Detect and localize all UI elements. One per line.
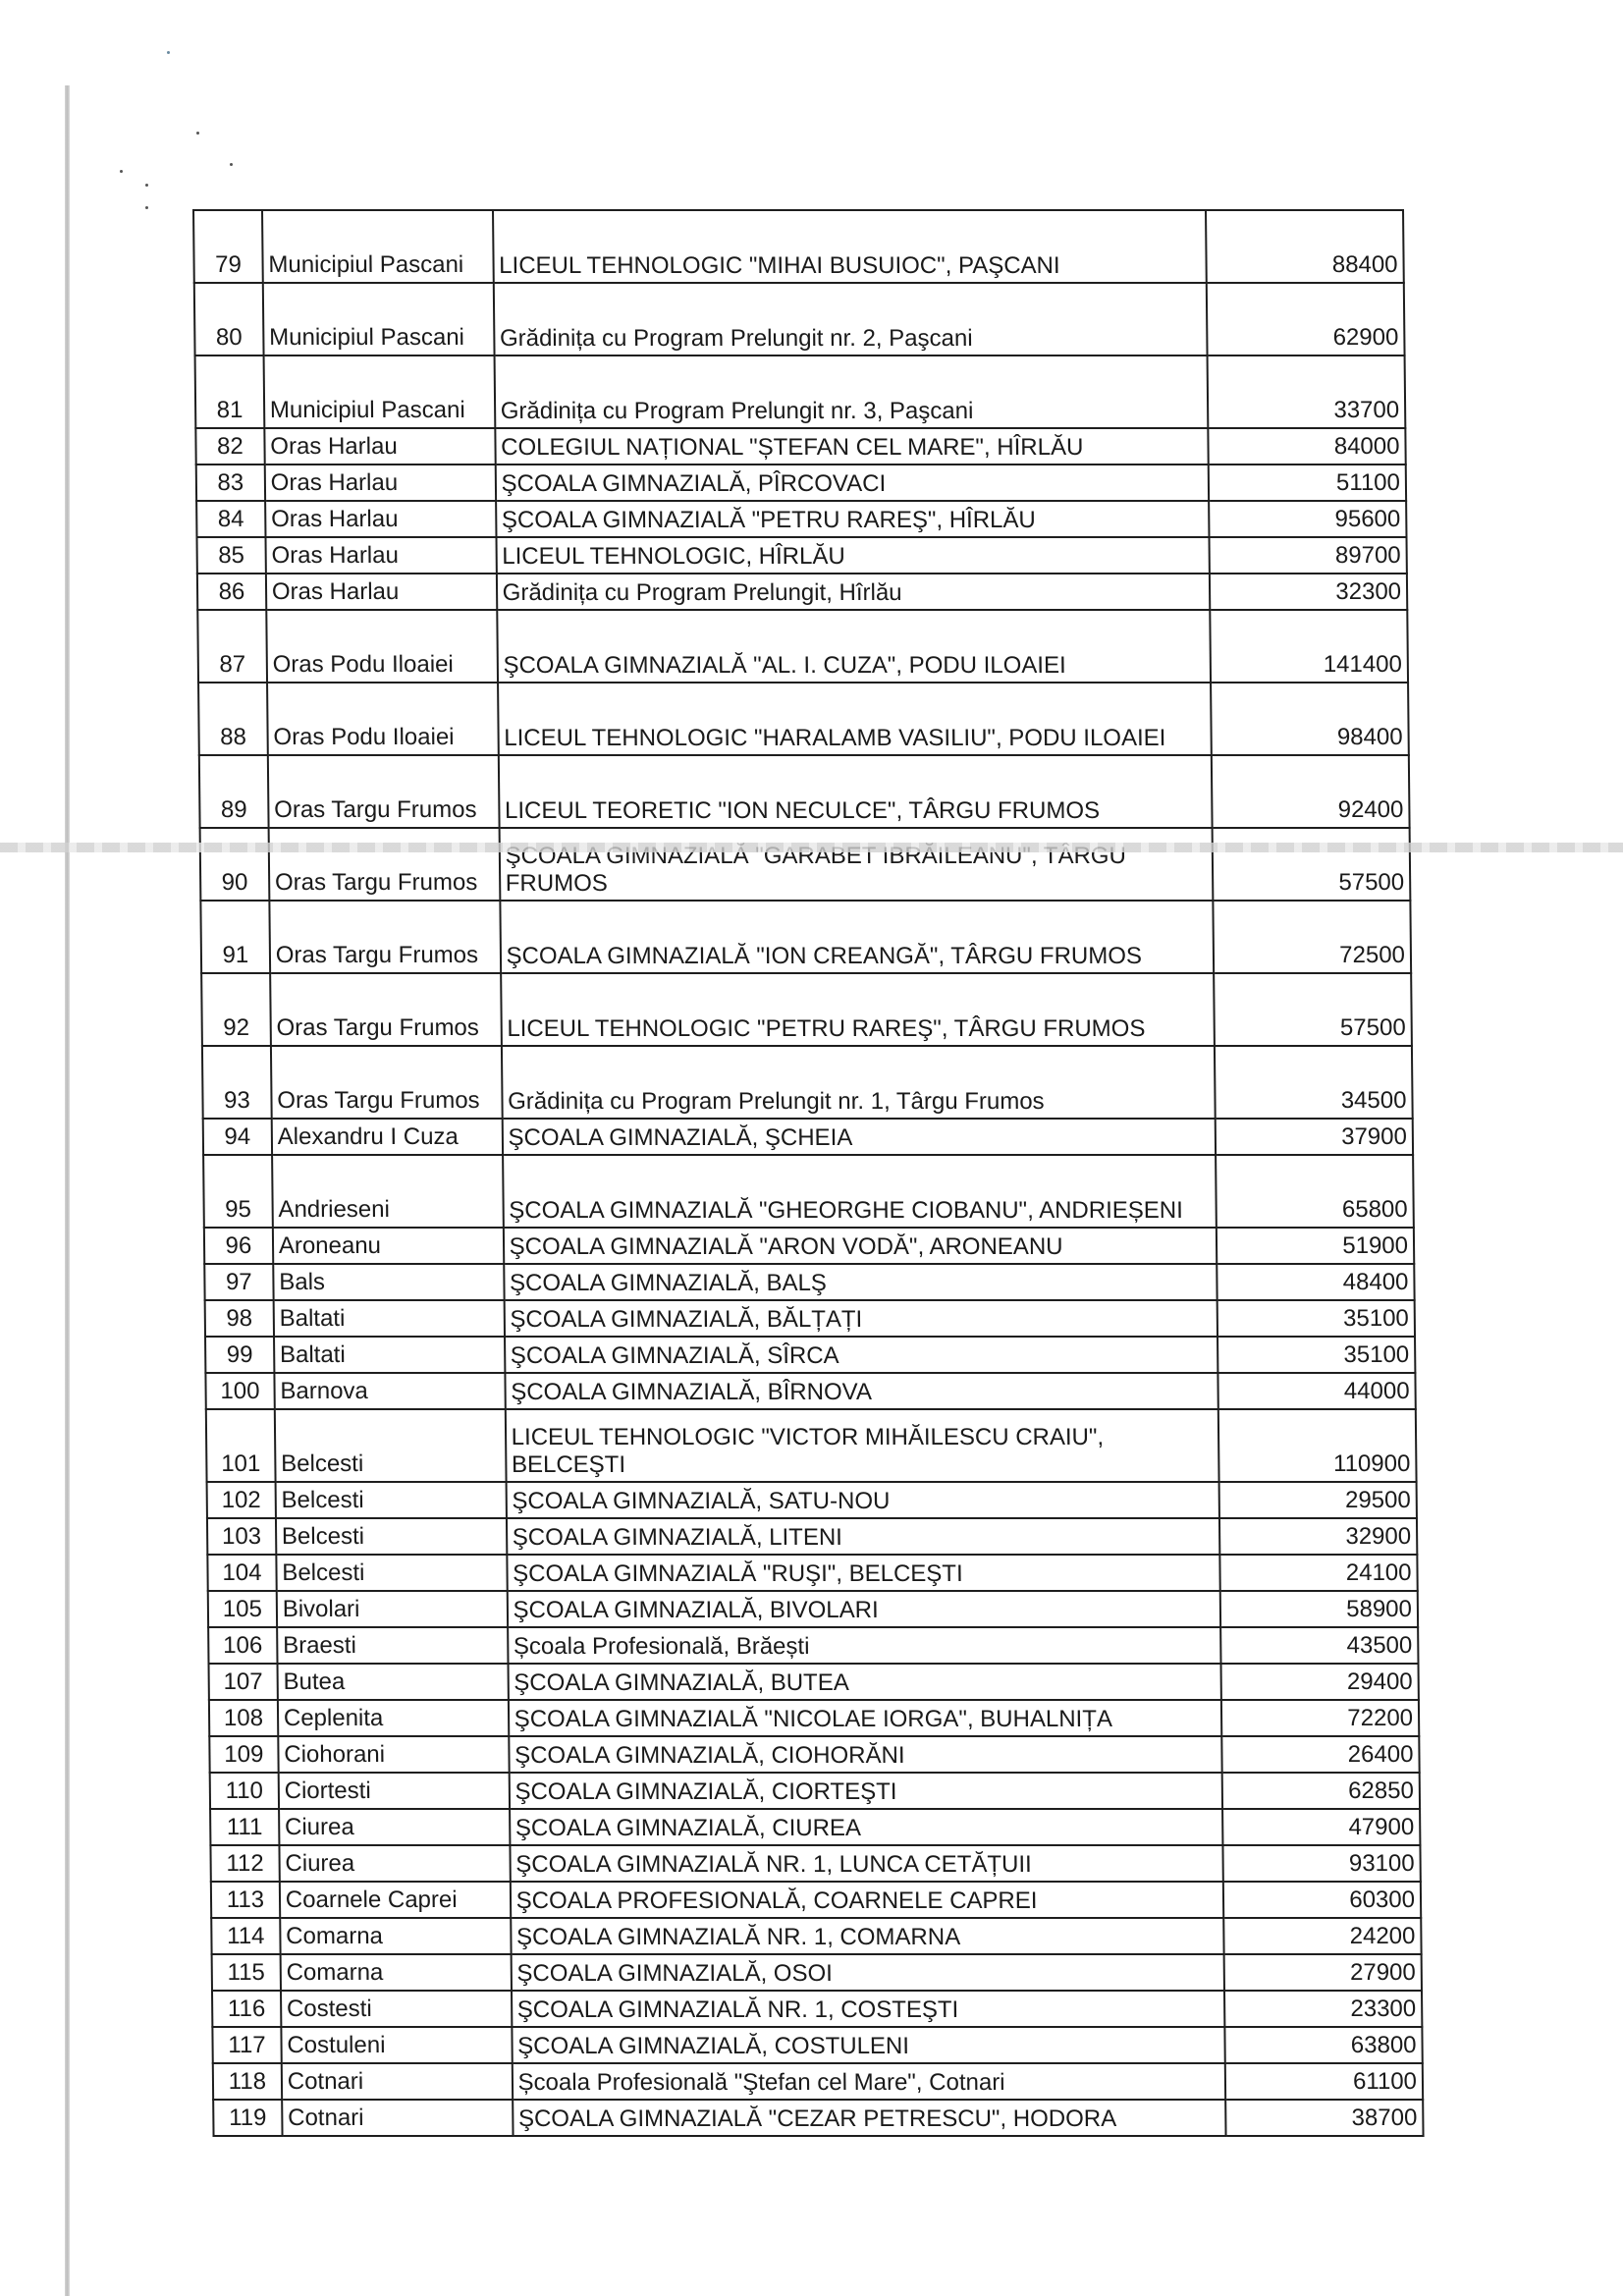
locality-name: Comarna	[286, 1923, 383, 1953]
row-number-cell: 112	[210, 1845, 279, 1882]
table-row: 108 Ceplenita ŞCOALA GIMNAZIALĂ "NICOLAE…	[209, 1700, 1419, 1736]
amount-cell: 32300	[1210, 574, 1407, 610]
locality-cell: Aroneanu	[273, 1228, 504, 1264]
amount-cell: 89700	[1210, 537, 1407, 574]
amount-value: 29400	[1347, 1668, 1413, 1699]
row-number: 81	[217, 397, 243, 427]
row-number: 111	[227, 1814, 263, 1844]
school-unit-cell: ŞCOALA GIMNAZIALĂ, PÎRCOVACI	[495, 465, 1209, 501]
amount-value: 62900	[1332, 324, 1398, 355]
row-number-cell: 87	[197, 610, 267, 683]
locality-name: Cotnari	[288, 2068, 364, 2099]
table-row: 110 Ciortesti ŞCOALA GIMNAZIALĂ, CIORTEŞ…	[210, 1773, 1420, 1809]
amount-cell: 35100	[1217, 1300, 1415, 1337]
row-number-cell: 93	[202, 1046, 272, 1119]
row-number: 102	[221, 1487, 260, 1517]
school-unit-name: Școala Profesională, Brăești	[514, 1633, 1216, 1663]
locality-name: Comarna	[286, 1959, 383, 1990]
school-unit-cell: LICEUL TEHNOLOGIC "VICTOR MIHĂILESCU CRA…	[505, 1409, 1218, 1482]
table-row: 105 Bivolari ŞCOALA GIMNAZIALĂ, BIVOLARI…	[208, 1591, 1418, 1627]
table-row: 115 Comarna ŞCOALA GIMNAZIALĂ, OSOI 2790…	[212, 1954, 1422, 1991]
locality-name: Belcesti	[281, 1450, 363, 1481]
locality-name: Oras Targu Frumos	[276, 942, 479, 972]
school-unit-cell: ŞCOALA GIMNAZIALĂ "AL. I. CUZA", PODU IL…	[497, 610, 1211, 683]
locality-name: Ciurea	[285, 1850, 354, 1881]
school-unit-cell: ŞCOALA GIMNAZIALĂ, CIOHORĂNI	[509, 1736, 1222, 1773]
scan-speck	[145, 184, 148, 187]
row-number-cell: 111	[210, 1809, 279, 1845]
locality-cell: Ceplenita	[278, 1700, 509, 1736]
table-row: 104 Belcesti ŞCOALA GIMNAZIALĂ "RUŞI", B…	[207, 1555, 1417, 1591]
row-number: 84	[218, 506, 244, 536]
school-unit-cell: Grădinița cu Program Prelungit nr. 3, Pa…	[494, 355, 1208, 428]
amount-value: 141400	[1324, 651, 1402, 682]
locality-cell: Oras Harlau	[264, 428, 495, 465]
table-row: 91 Oras Targu Frumos ŞCOALA GIMNAZIALĂ "…	[200, 901, 1411, 973]
amount-value: 29500	[1345, 1487, 1411, 1517]
amount-cell: 29500	[1219, 1482, 1417, 1518]
school-unit-name: ŞCOALA GIMNAZIALĂ "ION CREANGĂ", TÂRGU F…	[506, 943, 1208, 972]
school-unit-name: Grădinița cu Program Prelungit, Hîrlău	[503, 579, 1205, 609]
row-number-cell: 114	[211, 1918, 280, 1954]
locality-cell: Braesti	[277, 1627, 508, 1664]
row-number: 115	[227, 1959, 265, 1990]
table-row: 81 Municipiul Pascani Grădinița cu Progr…	[195, 355, 1406, 428]
row-number-cell: 116	[212, 1991, 281, 2027]
locality-cell: Belcesti	[276, 1518, 507, 1555]
locality-cell: Oras Targu Frumos	[268, 828, 500, 901]
locality-name: Ciortesti	[285, 1777, 371, 1808]
table-row: 96 Aroneanu ŞCOALA GIMNAZIALĂ "ARON VODĂ…	[204, 1228, 1414, 1264]
row-number: 107	[223, 1668, 262, 1699]
amount-value: 58900	[1346, 1596, 1412, 1626]
scan-speck	[196, 132, 199, 135]
locality-cell: Ciurea	[279, 1809, 510, 1845]
table-row: 93 Oras Targu Frumos Grădinița cu Progra…	[202, 1046, 1413, 1119]
amount-cell: 61100	[1225, 2063, 1423, 2100]
school-unit-cell: Grădinița cu Program Prelungit nr. 1, Tâ…	[502, 1046, 1216, 1119]
row-number: 96	[225, 1232, 251, 1263]
row-number: 80	[216, 324, 243, 355]
locality-name: Oras Targu Frumos	[276, 1014, 479, 1045]
school-unit-cell: ŞCOALA GIMNAZIALĂ, BĂLȚAȚI	[504, 1300, 1217, 1337]
table-row: 103 Belcesti ŞCOALA GIMNAZIALĂ, LITENI 3…	[207, 1518, 1417, 1555]
locality-name: Coarnele Caprei	[286, 1886, 458, 1917]
locality-name: Ciohorani	[284, 1741, 385, 1772]
row-number: 118	[229, 2068, 267, 2099]
school-unit-name: ŞCOALA GIMNAZIALĂ, BÎRNOVA	[511, 1379, 1213, 1408]
amount-value: 95600	[1334, 506, 1400, 536]
locality-name: Oras Podu Iloaiei	[273, 651, 454, 682]
row-number-cell: 97	[204, 1264, 273, 1300]
school-unit-name: ŞCOALA GIMNAZIALĂ, BUTEA	[514, 1669, 1216, 1699]
amount-cell: 48400	[1217, 1264, 1414, 1300]
row-number: 89	[221, 796, 247, 827]
table-row: 89 Oras Targu Frumos LICEUL TEORETIC "IO…	[199, 755, 1410, 828]
amount-cell: 35100	[1217, 1337, 1415, 1373]
locality-cell: Alexandru I Cuza	[272, 1119, 503, 1155]
amount-value: 110900	[1333, 1450, 1411, 1481]
amount-value: 26400	[1348, 1741, 1414, 1772]
amount-cell: 34500	[1215, 1046, 1413, 1119]
row-number: 116	[228, 1995, 266, 2026]
row-number: 93	[224, 1087, 250, 1118]
locality-name: Baltati	[279, 1305, 345, 1336]
locality-name: Municipiul Pascani	[269, 324, 464, 355]
scan-speck	[167, 51, 170, 54]
locality-cell: Cotnari	[282, 2063, 513, 2100]
school-unit-cell: LICEUL TEHNOLOGIC "MIHAI BUSUIOC", PAŞCA…	[493, 210, 1207, 283]
school-unit-cell: ŞCOALA GIMNAZIALĂ, COSTULENI	[512, 2027, 1225, 2063]
amount-value: 63800	[1351, 2032, 1417, 2062]
locality-name: Municipiul Pascani	[268, 251, 463, 282]
locality-name: Costuleni	[287, 2032, 385, 2062]
table-row: 90 Oras Targu Frumos ŞCOALA GIMNAZIALĂ "…	[200, 828, 1411, 901]
locality-cell: Oras Targu Frumos	[270, 973, 502, 1046]
school-unit-cell: ŞCOALA GIMNAZIALĂ "CEZAR PETRESCU", HODO…	[513, 2100, 1226, 2136]
amount-cell: 84000	[1208, 428, 1405, 465]
locality-name: Oras Targu Frumos	[274, 796, 477, 827]
amount-value: 57500	[1340, 1014, 1406, 1045]
locality-name: Belcesti	[282, 1523, 364, 1554]
table-row: 86 Oras Harlau Grădinița cu Program Prel…	[197, 574, 1407, 610]
row-number-cell: 96	[204, 1228, 273, 1264]
school-unit-cell: ŞCOALA GIMNAZIALĂ, BIVOLARI	[507, 1591, 1220, 1627]
locality-name: Belcesti	[282, 1559, 364, 1590]
amount-value: 44000	[1344, 1378, 1410, 1408]
amount-cell: 51900	[1217, 1228, 1414, 1264]
locality-name: Butea	[283, 1668, 345, 1699]
amount-value: 32300	[1335, 578, 1401, 609]
school-unit-name: LICEUL TEHNOLOGIC "PETRU RAREŞ", TÂRGU F…	[507, 1015, 1209, 1045]
school-unit-cell: ŞCOALA GIMNAZIALĂ "RUŞI", BELCEŞTI	[507, 1555, 1220, 1591]
school-unit-cell: ŞCOALA GIMNAZIALĂ NR. 1, COMARNA	[511, 1918, 1224, 1954]
table-row: 111 Ciurea ŞCOALA GIMNAZIALĂ, CIUREA 479…	[210, 1809, 1420, 1845]
row-number: 98	[226, 1305, 252, 1336]
amount-cell: 23300	[1224, 1991, 1422, 2027]
locality-name: Belcesti	[281, 1487, 363, 1517]
row-number-cell: 107	[209, 1664, 278, 1700]
locality-name: Alexandru I Cuza	[278, 1123, 459, 1154]
school-unit-cell: LICEUL TEHNOLOGIC "HARALAMB VASILIU", PO…	[498, 683, 1212, 755]
row-number: 100	[220, 1378, 259, 1408]
school-unit-name: ŞCOALA GIMNAZIALĂ "CEZAR PETRESCU", HODO…	[518, 2105, 1220, 2135]
amount-value: 37900	[1341, 1123, 1407, 1154]
table-row: 92 Oras Targu Frumos LICEUL TEHNOLOGIC "…	[201, 973, 1412, 1046]
amount-value: 24100	[1346, 1559, 1412, 1590]
row-number-cell: 92	[201, 973, 271, 1046]
row-number: 103	[222, 1523, 261, 1554]
school-unit-cell: Școala Profesională, Brăești	[508, 1627, 1221, 1664]
row-number: 91	[222, 942, 248, 972]
school-unit-name: ŞCOALA GIMNAZIALĂ, CIOHORĂNI	[514, 1742, 1217, 1772]
school-unit-name: ŞCOALA GIMNAZIALĂ, OSOI	[516, 1960, 1218, 1990]
row-number-cell: 84	[196, 501, 265, 537]
school-unit-name: LICEUL TEHNOLOGIC, HÎRLĂU	[502, 543, 1204, 573]
table-row: 109 Ciohorani ŞCOALA GIMNAZIALĂ, CIOHORĂ…	[209, 1736, 1419, 1773]
locality-cell: Oras Harlau	[265, 537, 496, 574]
school-unit-name: Școala Profesională "Ştefan cel Mare", C…	[517, 2069, 1219, 2099]
row-number-cell: 100	[205, 1373, 274, 1409]
row-number: 113	[227, 1886, 265, 1917]
amount-value: 65800	[1342, 1196, 1408, 1227]
school-unit-name: ŞCOALA GIMNAZIALĂ, ŞCHEIA	[508, 1124, 1210, 1154]
row-number: 88	[220, 724, 246, 754]
locality-cell: Costuleni	[281, 2027, 512, 2063]
row-number: 87	[219, 651, 245, 682]
scan-speck	[120, 170, 123, 173]
row-number: 101	[221, 1450, 260, 1481]
row-number-cell: 88	[198, 683, 268, 755]
table-row: 113 Coarnele Caprei ŞCOALA PROFESIONALĂ,…	[211, 1882, 1421, 1918]
row-number: 110	[225, 1777, 263, 1808]
amount-cell: 88400	[1206, 210, 1404, 283]
row-number-cell: 104	[207, 1555, 276, 1591]
school-unit-name: ŞCOALA GIMNAZIALĂ NR. 1, COMARNA	[516, 1924, 1218, 1953]
row-number-cell: 82	[195, 428, 264, 465]
row-number-cell: 103	[207, 1518, 276, 1555]
row-number: 99	[227, 1341, 253, 1372]
school-unit-name: ŞCOALA GIMNAZIALĂ, CIUREA	[515, 1815, 1217, 1844]
amount-value: 72200	[1347, 1705, 1413, 1735]
table-row: 83 Oras Harlau ŞCOALA GIMNAZIALĂ, PÎRCOV…	[196, 465, 1406, 501]
school-unit-cell: ŞCOALA GIMNAZIALĂ "ARON VODĂ", ARONEANU	[503, 1228, 1217, 1264]
amount-value: 60300	[1349, 1886, 1415, 1917]
row-number-cell: 102	[207, 1482, 276, 1518]
amount-cell: 62900	[1207, 283, 1405, 355]
row-number: 92	[223, 1014, 249, 1045]
locality-cell: Barnova	[274, 1373, 505, 1409]
school-unit-cell: ŞCOALA GIMNAZIALĂ, SATU-NOU	[506, 1482, 1219, 1518]
locality-cell: Comarna	[280, 1918, 511, 1954]
locality-name: Oras Harlau	[271, 469, 399, 500]
amount-cell: 24200	[1223, 1918, 1421, 1954]
school-unit-cell: ŞCOALA GIMNAZIALĂ, BUTEA	[508, 1664, 1221, 1700]
school-unit-cell: ŞCOALA GIMNAZIALĂ, CIUREA	[510, 1809, 1223, 1845]
row-number: 105	[223, 1596, 262, 1626]
amount-cell: 60300	[1223, 1882, 1421, 1918]
school-unit-name: LICEUL TEHNOLOGIC "HARALAMB VASILIU", PO…	[504, 725, 1206, 754]
school-unit-cell: Școala Profesională "Ştefan cel Mare", C…	[512, 2063, 1225, 2100]
amount-value: 98400	[1337, 724, 1403, 754]
school-unit-name: ŞCOALA GIMNAZIALĂ, CIORTEŞTI	[514, 1778, 1217, 1808]
school-unit-cell: ŞCOALA GIMNAZIALĂ "ION CREANGĂ", TÂRGU F…	[500, 901, 1214, 973]
row-number: 117	[228, 2032, 266, 2062]
locality-cell: Cotnari	[282, 2100, 513, 2136]
row-number: 85	[218, 542, 244, 573]
amount-cell: 27900	[1224, 1954, 1422, 1991]
amount-cell: 72200	[1221, 1700, 1419, 1736]
school-unit-name: ŞCOALA GIMNAZIALĂ "PETRU RAREŞ", HÎRLĂU	[502, 507, 1204, 536]
table-row: 98 Baltati ŞCOALA GIMNAZIALĂ, BĂLȚAȚI 35…	[205, 1300, 1415, 1337]
school-unit-name: ŞCOALA GIMNAZIALĂ, BALŞ	[510, 1270, 1212, 1299]
school-unit-cell: ŞCOALA GIMNAZIALĂ, OSOI	[511, 1954, 1224, 1991]
amount-cell: 93100	[1223, 1845, 1421, 1882]
amount-value: 89700	[1335, 542, 1401, 573]
amount-value: 61100	[1353, 2068, 1417, 2099]
amount-cell: 33700	[1208, 355, 1406, 428]
school-unit-name: ŞCOALA GIMNAZIALĂ, SATU-NOU	[512, 1488, 1214, 1517]
locality-name: Oras Podu Iloaiei	[273, 724, 454, 754]
amount-cell: 63800	[1225, 2027, 1423, 2063]
school-unit-cell: ŞCOALA GIMNAZIALĂ, LITENI	[507, 1518, 1220, 1555]
row-number: 90	[222, 869, 248, 900]
school-unit-cell: Grădinița cu Program Prelungit nr. 2, Pa…	[493, 283, 1207, 355]
locality-cell: Oras Podu Iloaiei	[266, 610, 498, 683]
row-number-cell: 99	[205, 1337, 274, 1373]
row-number-cell: 79	[193, 210, 263, 283]
row-number-cell: 91	[200, 901, 270, 973]
locality-cell: Comarna	[280, 1954, 511, 1991]
school-unit-cell: LICEUL TEHNOLOGIC, HÎRLĂU	[496, 537, 1210, 574]
school-unit-name: ŞCOALA GIMNAZIALĂ, PÎRCOVACI	[501, 470, 1203, 500]
locality-cell: Baltati	[273, 1300, 504, 1337]
amount-cell: 43500	[1220, 1627, 1418, 1664]
row-number-cell: 101	[206, 1409, 276, 1482]
table-row: 119 Cotnari ŞCOALA GIMNAZIALĂ "CEZAR PET…	[213, 2100, 1423, 2136]
row-number-cell: 90	[200, 828, 270, 901]
locality-name: Braesti	[283, 1632, 356, 1663]
locality-name: Costesti	[287, 1995, 372, 2026]
scan-speck	[230, 163, 233, 166]
locality-cell: Oras Targu Frumos	[271, 1046, 503, 1119]
locality-cell: Oras Harlau	[266, 574, 497, 610]
school-unit-cell: LICEUL TEHNOLOGIC "PETRU RAREŞ", TÂRGU F…	[501, 973, 1215, 1046]
row-number-cell: 94	[203, 1119, 272, 1155]
amount-cell: 110900	[1218, 1409, 1417, 1482]
row-number-cell: 115	[212, 1954, 281, 1991]
locality-name: Baltati	[280, 1341, 346, 1372]
amount-cell: 37900	[1216, 1119, 1413, 1155]
table-row: 112 Ciurea ŞCOALA GIMNAZIALĂ NR. 1, LUNC…	[210, 1845, 1420, 1882]
school-unit-name: ŞCOALA PROFESIONALĂ, COARNELE CAPREI	[516, 1887, 1218, 1917]
amount-cell: 38700	[1225, 2100, 1423, 2136]
table-row: 106 Braesti Școala Profesională, Brăești…	[208, 1627, 1418, 1664]
locality-cell: Baltati	[274, 1337, 505, 1373]
amount-cell: 62850	[1222, 1773, 1420, 1809]
table-row: 94 Alexandru I Cuza ŞCOALA GIMNAZIALĂ, Ş…	[203, 1119, 1413, 1155]
locality-name: Andrieseni	[278, 1196, 390, 1227]
row-number-cell: 86	[197, 574, 266, 610]
locality-cell: Bivolari	[277, 1591, 508, 1627]
amount-value: 34500	[1341, 1087, 1407, 1118]
table-row: 79 Municipiul Pascani LICEUL TEHNOLOGIC …	[193, 210, 1404, 283]
amount-value: 93100	[1349, 1850, 1415, 1881]
table-row: 99 Baltati ŞCOALA GIMNAZIALĂ, SÎRCA 3510…	[205, 1337, 1415, 1373]
amount-cell: 32900	[1219, 1518, 1417, 1555]
school-unit-cell: ŞCOALA GIMNAZIALĂ, CIORTEŞTI	[509, 1773, 1222, 1809]
row-number: 114	[227, 1923, 265, 1953]
locality-name: Oras Harlau	[271, 506, 399, 536]
amount-cell: 24100	[1219, 1555, 1417, 1591]
school-unit-name: ŞCOALA GIMNAZIALĂ "RUŞI", BELCEŞTI	[513, 1560, 1215, 1590]
school-unit-name: ŞCOALA GIMNAZIALĂ "AL. I. CUZA", PODU IL…	[503, 652, 1205, 682]
locality-cell: Oras Targu Frumos	[269, 901, 501, 973]
school-unit-name: ŞCOALA GIMNAZIALĂ NR. 1, COSTEŞTI	[517, 1996, 1219, 2026]
row-number: 95	[225, 1196, 251, 1227]
locality-cell: Bals	[273, 1264, 504, 1300]
locality-cell: Belcesti	[275, 1482, 506, 1518]
amount-value: 27900	[1350, 1959, 1416, 1990]
locality-cell: Belcesti	[276, 1555, 507, 1591]
school-unit-name: ŞCOALA GIMNAZIALĂ "NICOLAE IORGA", BUHAL…	[514, 1706, 1217, 1735]
locality-name: Oras Harlau	[271, 542, 399, 573]
school-unit-name: LICEUL TEHNOLOGIC "VICTOR MIHĂILESCU CRA…	[512, 1424, 1214, 1481]
table-row: 101 Belcesti LICEUL TEHNOLOGIC "VICTOR M…	[206, 1409, 1417, 1482]
row-number-cell: 98	[205, 1300, 274, 1337]
locality-cell: Oras Podu Iloaiei	[267, 683, 499, 755]
school-unit-cell: ŞCOALA GIMNAZIALĂ, SÎRCA	[505, 1337, 1218, 1373]
school-unit-name: ŞCOALA GIMNAZIALĂ, BIVOLARI	[513, 1597, 1215, 1626]
locality-name: Oras Targu Frumos	[275, 869, 478, 900]
school-unit-name: ŞCOALA GIMNAZIALĂ "GHEORGHE CIOBANU", AN…	[509, 1197, 1211, 1227]
amount-value: 84000	[1334, 433, 1400, 464]
row-number-cell: 117	[212, 2027, 281, 2063]
row-number-cell: 105	[208, 1591, 277, 1627]
amount-value: 48400	[1343, 1269, 1409, 1299]
locality-cell: Coarnele Caprei	[280, 1882, 511, 1918]
row-number: 82	[217, 433, 243, 464]
scan-artifact-stripe	[0, 843, 1623, 852]
row-number-cell: 80	[194, 283, 264, 355]
amount-cell: 95600	[1209, 501, 1406, 537]
table-row: 100 Barnova ŞCOALA GIMNAZIALĂ, BÎRNOVA 4…	[205, 1373, 1415, 1409]
row-number: 109	[224, 1741, 263, 1772]
school-unit-cell: ŞCOALA GIMNAZIALĂ "PETRU RAREŞ", HÎRLĂU	[496, 501, 1210, 537]
school-unit-name: Grădinița cu Program Prelungit nr. 3, Pa…	[501, 398, 1203, 427]
locality-name: Oras Targu Frumos	[277, 1087, 480, 1118]
row-number: 94	[224, 1123, 250, 1154]
row-number: 79	[215, 251, 242, 282]
table-row: 80 Municipiul Pascani Grădinița cu Progr…	[194, 283, 1405, 355]
school-unit-name: LICEUL TEORETIC "ION NECULCE", TÂRGU FRU…	[505, 797, 1207, 827]
locality-cell: Andrieseni	[272, 1155, 504, 1228]
row-number-cell: 108	[209, 1700, 278, 1736]
school-unit-cell: ŞCOALA GIMNAZIALĂ NR. 1, LUNCA CETĂȚUII	[510, 1845, 1223, 1882]
locality-name: Barnova	[280, 1378, 368, 1408]
amount-value: 38700	[1351, 2105, 1417, 2135]
locality-cell: Ciurea	[279, 1845, 510, 1882]
table-row: 97 Bals ŞCOALA GIMNAZIALĂ, BALŞ 48400	[204, 1264, 1414, 1300]
scan-speck	[145, 206, 148, 209]
locality-name: Ciurea	[285, 1814, 354, 1844]
row-number-cell: 118	[213, 2063, 282, 2100]
amount-cell: 72500	[1213, 901, 1411, 973]
table-row: 116 Costesti ŞCOALA GIMNAZIALĂ NR. 1, CO…	[212, 1991, 1422, 2027]
table-row: 82 Oras Harlau COLEGIUL NAȚIONAL "ȘTEFAN…	[195, 428, 1405, 465]
amount-cell: 57500	[1214, 973, 1412, 1046]
locality-name: Bals	[279, 1269, 325, 1299]
table-row: 88 Oras Podu Iloaiei LICEUL TEHNOLOGIC "…	[198, 683, 1409, 755]
school-unit-name: Grădinița cu Program Prelungit nr. 2, Pa…	[500, 325, 1202, 355]
school-unit-name: ŞCOALA GIMNAZIALĂ "ARON VODĂ", ARONEANU	[510, 1233, 1212, 1263]
table-body: 79 Municipiul Pascani LICEUL TEHNOLOGIC …	[193, 210, 1424, 2136]
row-number-cell: 106	[208, 1627, 277, 1664]
amount-value: 35100	[1343, 1341, 1409, 1372]
locality-name: Oras Harlau	[272, 578, 400, 609]
locality-cell: Belcesti	[275, 1409, 507, 1482]
amount-value: 24200	[1350, 1923, 1416, 1953]
amount-value: 51900	[1342, 1232, 1408, 1263]
school-unit-name: Grădinița cu Program Prelungit nr. 1, Tâ…	[508, 1088, 1210, 1118]
amount-value: 47900	[1348, 1814, 1414, 1844]
amount-value: 43500	[1346, 1632, 1412, 1663]
school-unit-cell: COLEGIUL NAȚIONAL "ȘTEFAN CEL MARE", HÎR…	[495, 428, 1209, 465]
school-unit-name: ŞCOALA GIMNAZIALĂ, LITENI	[513, 1524, 1215, 1554]
table-row: 84 Oras Harlau ŞCOALA GIMNAZIALĂ "PETRU …	[196, 501, 1406, 537]
school-unit-name: ŞCOALA GIMNAZIALĂ, BĂLȚAȚI	[510, 1306, 1212, 1336]
table-row: 107 Butea ŞCOALA GIMNAZIALĂ, BUTEA 29400	[209, 1664, 1419, 1700]
